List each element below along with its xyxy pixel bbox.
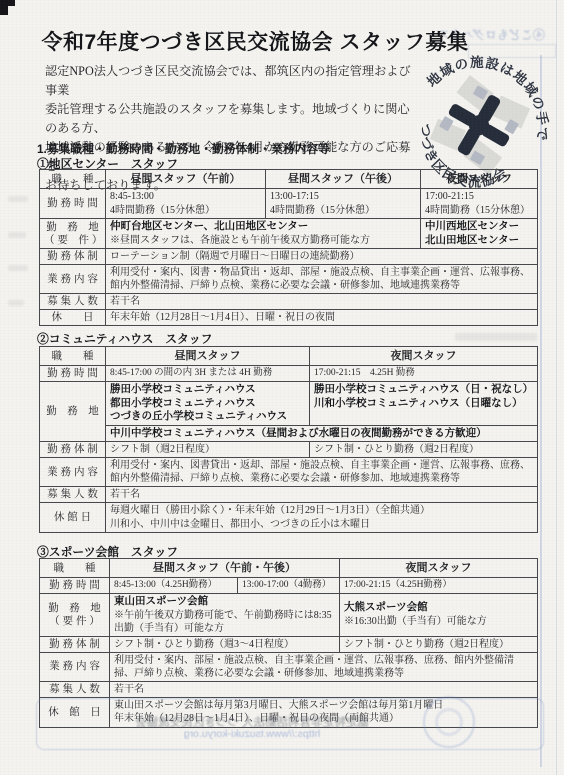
column-header: 夜間スタッフ bbox=[310, 347, 538, 366]
cell-worksystem: シフト制・ひとり勤務（週2日程度） bbox=[340, 636, 538, 652]
facility-name: つづきの丘小学校コミュニティハウス bbox=[110, 410, 305, 424]
table-row: 職 種 昼間スタッフ（午前） 昼間スタッフ（午後） 夜間スタッフ bbox=[40, 170, 538, 189]
row-label: 勤 務 時 間 bbox=[40, 578, 110, 594]
cell-workplace-night: 大熊スポーツ会館 ※16:30出勤（手当有）可能な方 bbox=[340, 594, 538, 637]
table-row: 業 務 内 容 利用受付・案内、部屋・施設点検、自主事業企画・運営、広報事務、庶… bbox=[40, 652, 538, 681]
row-label: 休 日 bbox=[40, 310, 106, 326]
facility-name: 川和小学校コミュニティハウス（日曜なし） bbox=[314, 397, 533, 411]
table-row: 業 務 内 容 利用受付・案内、図書貸出・返却、部屋・施設点検、自主事業企画・運… bbox=[40, 458, 538, 487]
cell-duties: 利用受付・案内、図書・物品貸出・返却、部屋・施設点検、自主事業企画・運営、広報事… bbox=[106, 265, 538, 294]
time-range: 17:00-21:15 bbox=[425, 190, 533, 204]
column-header: 昼間スタッフ（午前・午後） bbox=[110, 559, 340, 578]
facility-name: 勝田小学校コミュニティハウス（日・祝なし） bbox=[314, 383, 533, 397]
row-label-line: 勤 務 地 bbox=[44, 221, 101, 234]
column-header: 夜間スタッフ bbox=[340, 559, 538, 578]
cell-worksystem: シフト制・ひとり勤務（週2日程度） bbox=[310, 442, 538, 458]
cell-worksystem: シフト制・ひとり勤務（週3〜4日程度） bbox=[110, 636, 340, 652]
cell-openings: 若干名 bbox=[106, 487, 538, 503]
row-label: 職 種 bbox=[40, 347, 106, 366]
row-label: 勤 務 地 bbox=[40, 382, 106, 442]
column-header: 昼間スタッフ（午前） bbox=[106, 170, 266, 189]
intro-line: 委託管理する公共施設のスタッフを募集します。地域づくりに関心のある方、 bbox=[45, 100, 419, 138]
facility-name: 都田小学校コミュニティハウス bbox=[110, 397, 305, 411]
cell-duties: 利用受付・案内、図書貸出・返却、部屋・施設点検、自主事業企画・運営、広報事務、庶… bbox=[106, 458, 538, 487]
table-row: 勤 務 地 勝田小学校コミュニティハウス 都田小学校コミュニティハウス つづきの… bbox=[40, 382, 538, 426]
row-label: 勤 務 体 制 bbox=[40, 636, 110, 652]
facility-names: 仲町台地区センター、北山田地区センター bbox=[110, 220, 416, 234]
scan-corner-artifact bbox=[0, 0, 15, 6]
table-row: 募 集 人 数 若干名 bbox=[40, 681, 538, 697]
cell-worksystem: シフト制（週2日程度） bbox=[106, 442, 310, 458]
cell-worktime: 17:00-21:15 4.25H 勤務 bbox=[310, 366, 538, 382]
row-label-line: 勤 務 地 bbox=[44, 602, 105, 615]
facility-name: 勝田小学校コミュニティハウス bbox=[110, 383, 305, 397]
table-row: 勤 務 時 間 8:45-13:00（4.25H勤務） 13:00-17:00（… bbox=[40, 578, 538, 594]
requirement-note: ※昼間スタッフは、各施設とも午前午後双方勤務可能な方 bbox=[110, 234, 416, 247]
table-row: 勤 務 地 （ 要 件 ） 東山田スポーツ会館 ※午前午後双方勤務可能で、午前勤… bbox=[40, 594, 538, 637]
cell-workplace-day: 東山田スポーツ会館 ※午前午後双方勤務可能で、午前勤務時には8:35出勤（手当有… bbox=[110, 594, 340, 637]
cell-worktime: 17:00-21:15（4.25H勤務） bbox=[340, 578, 538, 594]
bleedthrough-url: https://www.tsuzuki-koryu.org bbox=[94, 728, 410, 740]
bleedthrough-smudge bbox=[455, 333, 537, 341]
requirement-note: ※午前午後双方勤務可能で、午前勤務時には8:35出勤（手当有）可能な方 bbox=[114, 609, 335, 635]
cell-workplace-night: 勝田小学校コミュニティハウス（日・祝なし） 川和小学校コミュニティハウス（日曜な… bbox=[310, 382, 538, 426]
cell-workplace: 仲町台地区センター、北山田地区センター ※昼間スタッフは、各施設とも午前午後双方… bbox=[106, 219, 421, 249]
requirement-note: ※16:30出勤（手当有）可能な方 bbox=[344, 615, 533, 628]
row-label: 休 館 日 bbox=[40, 503, 106, 533]
row-label: 職 種 bbox=[40, 559, 110, 578]
row-label: 勤 務 地 （ 要 件 ） bbox=[40, 219, 106, 249]
table-row: 休 館 日 毎週火曜日（勝田小除く）・年末年始（12月29日〜1月3日）（全館共… bbox=[40, 503, 538, 533]
table-row: 勤 務 地 （ 要 件 ） 仲町台地区センター、北山田地区センター ※昼間スタッ… bbox=[40, 219, 538, 249]
cell-workplace-night: 中川西地区センター 北山田地区センター bbox=[421, 219, 538, 249]
time-range: 13:00-17:15 bbox=[270, 190, 416, 204]
table-row: 業 務 内 容 利用受付・案内、図書・物品貸出・返却、部屋・施設点検、自主事業企… bbox=[40, 265, 538, 294]
holiday-line: 毎週火曜日（勝田小除く）・年末年始（12月29日〜1月3日）（全館共通） bbox=[110, 504, 533, 518]
facility-name: 北山田地区センター bbox=[425, 234, 533, 248]
table-row: 職 種 昼間スタッフ（午前・午後） 夜間スタッフ bbox=[40, 559, 538, 578]
bleedthrough-smudge bbox=[8, 300, 24, 306]
table-row: 休 日 年末年始（12月28日〜1月4日）、日曜・祝日の夜間 bbox=[40, 310, 538, 326]
row-label: 募 集 人 数 bbox=[40, 294, 106, 310]
cell-worktime: 8:45-17:00 の間の内 3H または 4H 勤務 bbox=[106, 366, 310, 382]
time-detail: 4時間勤務（15分休憩） bbox=[110, 204, 261, 218]
time-detail: 4時間勤務（15分休憩） bbox=[425, 204, 533, 218]
bleedthrough-smudge bbox=[8, 265, 28, 271]
bleedthrough-smudge bbox=[8, 232, 26, 238]
row-label: 勤 務 時 間 bbox=[40, 366, 106, 382]
table-row: 勤 務 時 間 8:45-17:00 の間の内 3H または 4H 勤務 17:… bbox=[40, 366, 538, 382]
cell-workplace-day: 勝田小学校コミュニティハウス 都田小学校コミュニティハウス つづきの丘小学校コミ… bbox=[106, 382, 310, 426]
row-label-line: （ 要 件 ） bbox=[44, 234, 101, 247]
cell-worktime: 8:45-13:00 4時間勤務（15分休憩） bbox=[106, 189, 266, 219]
facility-name: 中川西地区センター bbox=[425, 220, 533, 234]
table-row: 職 種 昼間スタッフ 夜間スタッフ bbox=[40, 347, 538, 366]
facility-name: 東山田スポーツ会館 bbox=[114, 595, 335, 609]
cell-worktime: 8:45-13:00（4.25H勤務） bbox=[110, 578, 238, 594]
cell-holidays: 毎週火曜日（勝田小除く）・年末年始（12月29日〜1月3日）（全館共通） 川和小… bbox=[106, 503, 538, 533]
district-center-table: 職 種 昼間スタッフ（午前） 昼間スタッフ（午後） 夜間スタッフ 勤 務 時 間… bbox=[39, 169, 538, 326]
row-label: 勤 務 地 （ 要 件 ） bbox=[40, 594, 110, 637]
row-label: 募 集 人 数 bbox=[40, 681, 110, 697]
row-label: 業 務 内 容 bbox=[40, 458, 106, 487]
table-row: 中川中学校コミュニティハウス（昼間および水曜日の夜間勤務ができる方歓迎） bbox=[40, 425, 538, 442]
time-range: 8:45-13:00 bbox=[110, 190, 261, 204]
table-row: 勤 務 体 制 ローテーション制（隔週で月曜日〜日曜日の連続勤務） bbox=[40, 249, 538, 265]
time-detail: 4時間勤務（15分休憩） bbox=[270, 204, 416, 218]
column-header: 夜間スタッフ bbox=[421, 170, 538, 189]
cell-worktime: 13:00-17:15 4時間勤務（15分休憩） bbox=[266, 189, 421, 219]
row-label: 職 種 bbox=[40, 170, 106, 189]
row-label: 業 務 内 容 bbox=[40, 265, 106, 294]
row-label-line: （ 要 件 ） bbox=[44, 615, 105, 628]
table-row: 募 集 人 数 若干名 bbox=[40, 294, 538, 310]
table-row: 勤 務 体 制 シフト制（週2日程度） シフト制・ひとり勤務（週2日程度） bbox=[40, 442, 538, 458]
row-label: 勤 務 時 間 bbox=[40, 189, 106, 219]
cell-worktime: 13:00-17:00（4勤務） bbox=[238, 578, 340, 594]
row-label: 募 集 人 数 bbox=[40, 487, 106, 503]
table-row: 勤 務 時 間 8:45-13:00 4時間勤務（15分休憩） 13:00-17… bbox=[40, 189, 538, 219]
row-label: 勤 務 体 制 bbox=[40, 249, 106, 265]
table-row: 勤 務 体 制 シフト制・ひとり勤務（週3〜4日程度） シフト制・ひとり勤務（週… bbox=[40, 636, 538, 652]
scanned-recruitment-flyer: ④こどもログハウス 令和7年度つづき区民交流協会 スタッフ募集 認定NPO法人つ… bbox=[0, 0, 564, 775]
column-header: 昼間スタッフ（午後） bbox=[266, 170, 421, 189]
cell-holidays: 年末年始（12月28日〜1月4日）、日曜・祝日の夜間 bbox=[106, 310, 538, 326]
table-row: 募 集 人 数 若干名 bbox=[40, 487, 538, 503]
cell-openings: 若干名 bbox=[110, 681, 538, 697]
holiday-line: 川和小、中川中は金曜日、都田小、つづきの丘小は木曜日 bbox=[110, 518, 533, 532]
intro-line: 認定NPO法人つづき区民交流協会では、都筑区内の指定管理および事業 bbox=[45, 62, 419, 100]
table2-heading: ②コミュニティハウス スタッフ bbox=[37, 330, 212, 347]
cell-openings: 若干名 bbox=[106, 294, 538, 310]
row-label: 業 務 内 容 bbox=[40, 652, 110, 681]
facility-name: 大熊スポーツ会館 bbox=[344, 601, 533, 615]
community-house-table: 職 種 昼間スタッフ 夜間スタッフ 勤 務 時 間 8:45-17:00 の間の… bbox=[39, 346, 538, 533]
row-label: 勤 務 体 制 bbox=[40, 442, 106, 458]
column-header: 昼間スタッフ bbox=[106, 347, 310, 366]
cell-duties: 利用受付・案内、部屋・施設点検、自主事業企画・運営、広報事務、庶務、館内外整備清… bbox=[110, 652, 538, 681]
cell-worktime: 17:00-21:15 4時間勤務（15分休憩） bbox=[421, 189, 538, 219]
cell-worksystem: ローテーション制（隔週で月曜日〜日曜日の連続勤務） bbox=[106, 249, 538, 265]
facility-name: 中川中学校コミュニティハウス（昼間および水曜日の夜間勤務ができる方歓迎） bbox=[110, 427, 487, 439]
cell-workplace-span: 中川中学校コミュニティハウス（昼間および水曜日の夜間勤務ができる方歓迎） bbox=[106, 425, 538, 442]
bleedthrough-stamp-circle bbox=[423, 696, 475, 748]
bleedthrough-smudge bbox=[8, 196, 28, 202]
